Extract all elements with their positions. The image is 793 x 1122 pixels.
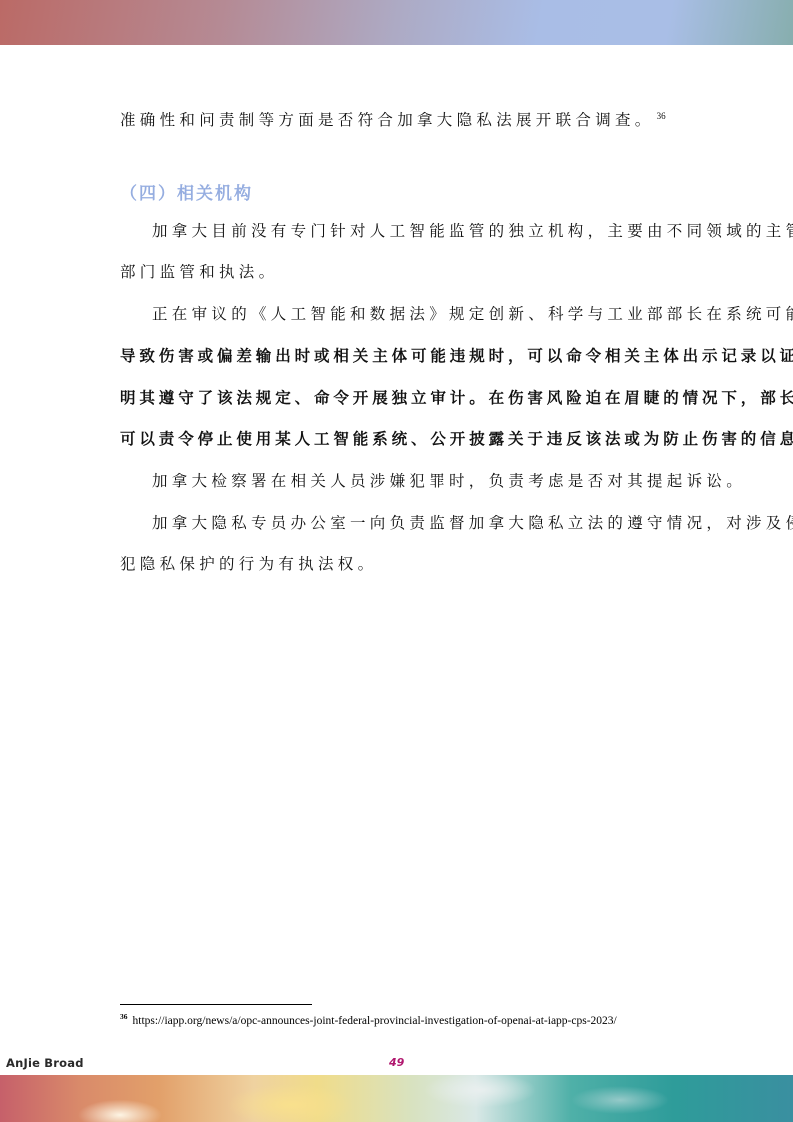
footnote-number: 36 (120, 1012, 128, 1021)
paragraph-continuation-line: 准确性和问责制等方面是否符合加拿大隐私法展开联合调查。36 (120, 106, 680, 130)
paragraph-line: 导致伤害或偏差输出时或相关主体可能违规时，可以命令相关主体出示记录以证 (120, 346, 680, 366)
footer-painted-art-banner (0, 1075, 793, 1122)
footer-brand-logo: AnJie Broad (6, 1056, 84, 1070)
footnote: 36https://iapp.org/news/a/opc-announces-… (120, 1012, 617, 1027)
section-heading: （四）相关机构 (120, 179, 253, 204)
paragraph-line: 明其遵守了该法规定、命令开展独立审计。在伤害风险迫在眉睫的情况下，部长 (120, 388, 680, 408)
footnote-link[interactable]: https://iapp.org/news/a/opc-announces-jo… (133, 1015, 617, 1027)
paragraph-line: 加拿大隐私专员办公室一向负责监督加拿大隐私立法的遵守情况，对涉及侵 (152, 513, 712, 533)
paragraph-line: 部门监管和执法。 (120, 262, 680, 282)
header-gradient-banner (0, 0, 793, 45)
footnote-divider (120, 1004, 312, 1005)
footnote-reference[interactable]: 36 (657, 111, 666, 121)
paragraph-line: 加拿大目前没有专门针对人工智能监管的独立机构，主要由不同领域的主管 (152, 221, 712, 241)
paragraph-text: 准确性和问责制等方面是否符合加拿大隐私法展开联合调查。 (120, 111, 655, 129)
paragraph-line: 正在审议的《人工智能和数据法》规定创新、科学与工业部部长在系统可能 (152, 304, 712, 324)
paragraph-line: 加拿大检察署在相关人员涉嫌犯罪时，负责考虑是否对其提起诉讼。 (152, 471, 712, 491)
paragraph-line: 犯隐私保护的行为有执法权。 (120, 554, 680, 574)
paragraph-line: 可以责令停止使用某人工智能系统、公开披露关于违反该法或为防止伤害的信息。 (120, 429, 680, 449)
page-number: 49 (389, 1056, 404, 1069)
